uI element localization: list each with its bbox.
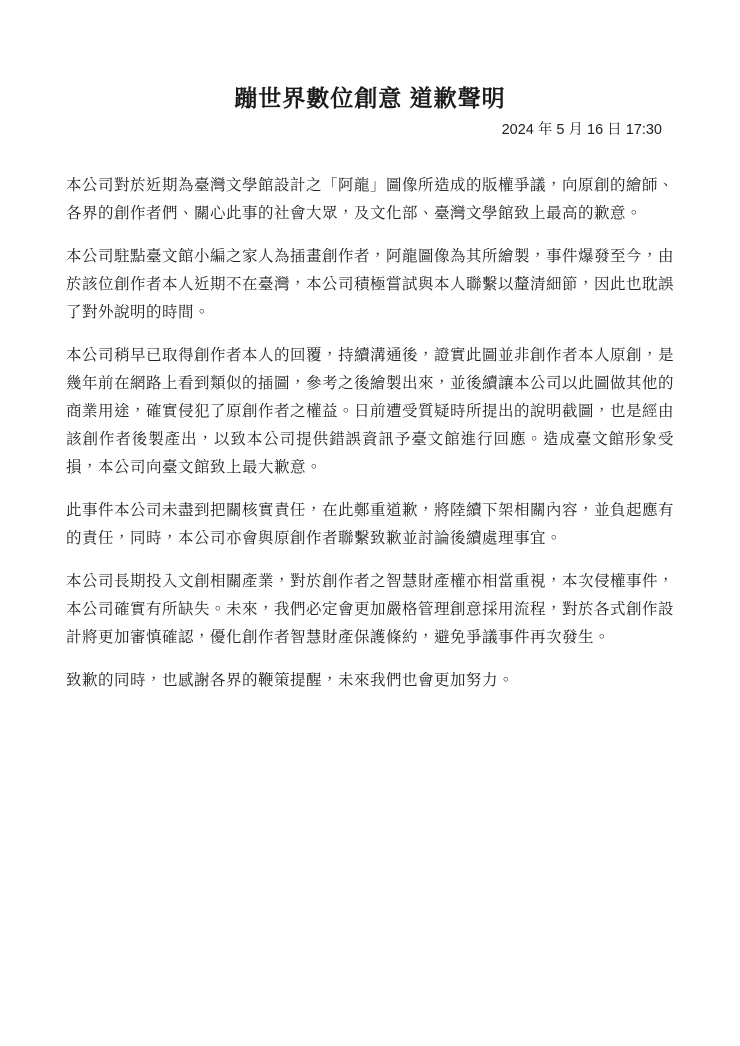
- paragraph-creator-background: 本公司駐點臺文館小編之家人為插畫創作者，阿龍圖像為其所繪製，事件爆發至今，由於該…: [66, 243, 674, 327]
- paragraph-closing-thanks: 致歉的同時，也感謝各界的鞭策提醒，未來我們也會更加努力。: [66, 667, 674, 695]
- statement-body: 本公司對於近期為臺灣文學館設計之「阿龍」圖像所造成的版權爭議，向原創的繪師、各界…: [66, 172, 674, 695]
- apology-statement-document: 蹦世界數位創意 道歉聲明 2024 年 5 月 16 日 17:30 本公司對於…: [0, 0, 740, 1046]
- paragraph-apology-intro: 本公司對於近期為臺灣文學館設計之「阿龍」圖像所造成的版權爭議，向原創的繪師、各界…: [66, 172, 674, 228]
- paragraph-responsibility: 此事件本公司未盡到把關核實責任，在此鄭重道歉，將陸續下架相關內容，並負起應有的責…: [66, 497, 674, 553]
- statement-timestamp: 2024 年 5 月 16 日 17:30: [66, 120, 674, 140]
- page-title: 蹦世界數位創意 道歉聲明: [66, 84, 674, 114]
- paragraph-future-measures: 本公司長期投入文創相關產業，對於創作者之智慧財產權亦相當重視，本次侵權事件，本公…: [66, 568, 674, 652]
- paragraph-investigation-result: 本公司稍早已取得創作者本人的回覆，持續溝通後，證實此圖並非創作者本人原創，是幾年…: [66, 342, 674, 482]
